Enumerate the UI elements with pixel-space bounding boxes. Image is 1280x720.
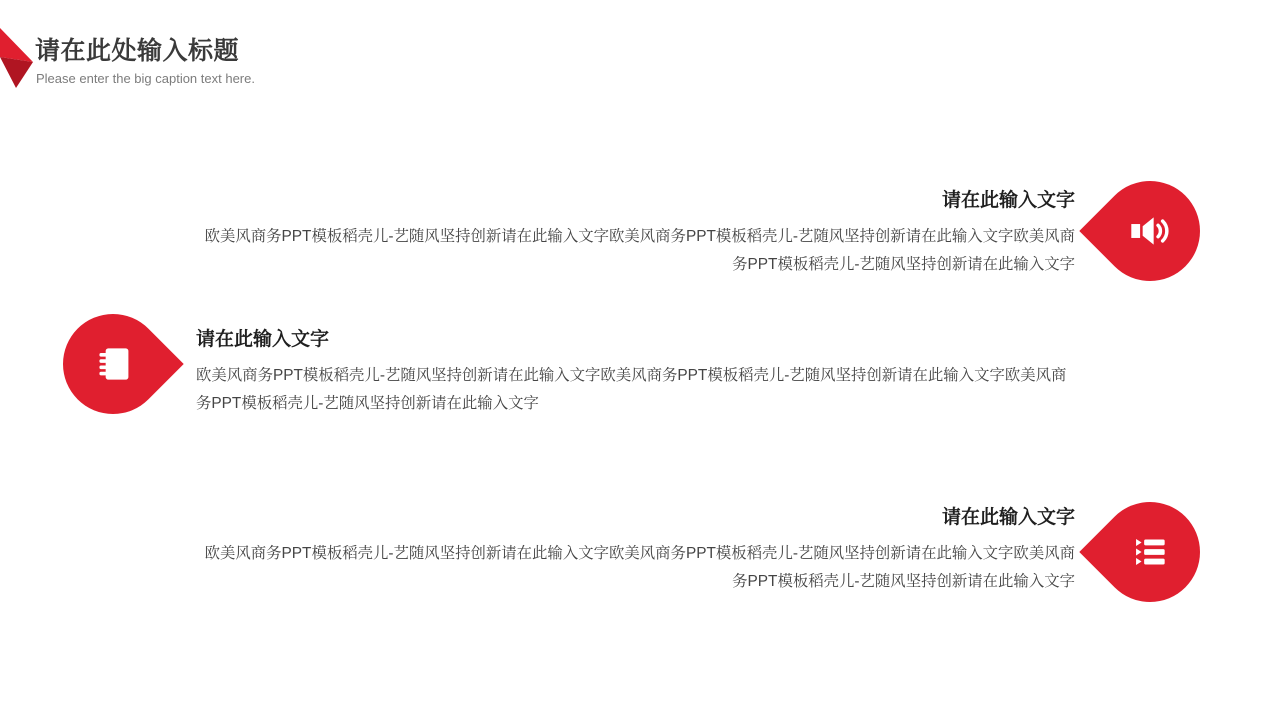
block-heading: 请在此输入文字 [203,506,1075,529]
content-block-list: 请在此输入文字 欧美风商务PPT模板稻壳儿-艺随风坚持创新请在此输入文字欧美风商… [203,506,1075,596]
block-heading: 请在此输入文字 [196,328,1068,351]
speaker-icon [1128,209,1172,253]
block-body-text: 欧美风商务PPT模板稻壳儿-艺随风坚持创新请在此输入文字欧美风商务PPT模板稻壳… [196,362,1068,418]
page-subtitle: Please enter the big caption text here. [36,71,255,87]
notebook-icon [91,342,135,386]
notebook-marker [42,293,183,434]
content-block-audio: 请在此输入文字 欧美风商务PPT模板稻壳儿-艺随风坚持创新请在此输入文字欧美风商… [203,189,1075,279]
slide-canvas: 请在此处输入标题 Please enter the big caption te… [0,0,1280,720]
list-icon [1128,530,1172,574]
block-heading: 请在此输入文字 [203,189,1075,212]
list-marker [1079,481,1220,622]
page-title: 请在此处输入标题 [35,36,239,66]
audio-marker [1079,160,1220,301]
red-flag-icon [0,27,34,89]
block-body-text: 欧美风商务PPT模板稻壳儿-艺随风坚持创新请在此输入文字欧美风商务PPT模板稻壳… [203,540,1075,596]
block-body-text: 欧美风商务PPT模板稻壳儿-艺随风坚持创新请在此输入文字欧美风商务PPT模板稻壳… [203,223,1075,279]
content-block-notebook: 请在此输入文字 欧美风商务PPT模板稻壳儿-艺随风坚持创新请在此输入文字欧美风商… [196,328,1068,418]
